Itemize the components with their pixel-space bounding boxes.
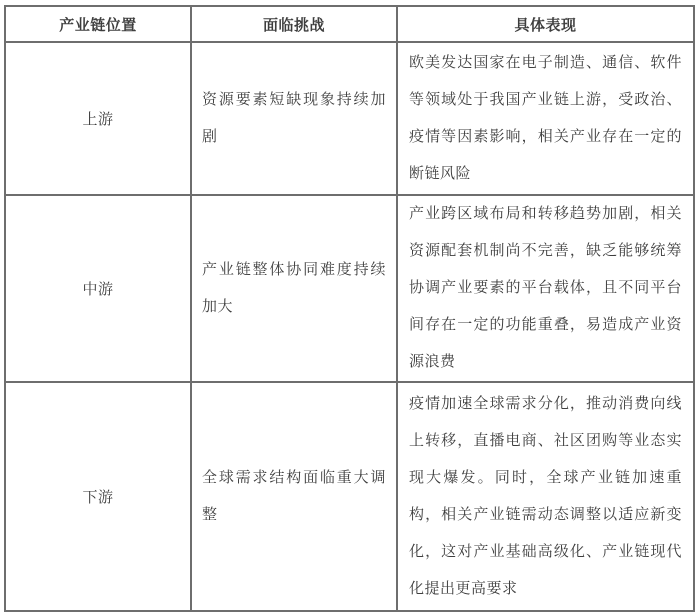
cell-upstream-challenge: 资源要素短缺现象持续加剧 [191, 42, 397, 195]
cell-upstream-detail: 欧美发达国家在电子制造、通信、软件等领域处于我国产业链上游，受政治、疫情等因素影… [397, 42, 694, 195]
cell-downstream-challenge: 全球需求结构面临重大调整 [191, 382, 397, 585]
header-cell-challenge: 面临挑战 [191, 6, 397, 42]
cell-midstream-position: 中游 [5, 195, 191, 382]
header-cell-position: 产业链位置 [5, 6, 191, 42]
cell-downstream-detail: 疫情加速全球需求分化，推动消费向线上转移，直播电商、社区团购等业态实现大爆发。同… [397, 382, 694, 585]
header-cell-detail: 具体表现 [397, 6, 694, 42]
cell-midstream-detail: 产业跨区域布局和转移趋势加剧，相关资源配套机制尚不完善，缺乏能够统筹协调产业要素… [397, 195, 694, 382]
cell-upstream-position: 上游 [5, 42, 191, 195]
table-row-upstream: 上游 资源要素短缺现象持续加剧 欧美发达国家在电子制造、通信、软件等领域处于我国… [5, 42, 694, 195]
industry-chain-challenges-table: 产业链位置 面临挑战 具体表现 上游 资源要素短缺现象持续加剧 欧美发达国家在电… [4, 5, 695, 585]
table-row-midstream: 中游 产业链整体协同难度持续加大 产业跨区域布局和转移趋势加剧，相关资源配套机制… [5, 195, 694, 382]
cell-downstream-position: 下游 [5, 382, 191, 585]
table-header-row: 产业链位置 面临挑战 具体表现 [5, 6, 694, 42]
table-row-downstream: 下游 全球需求结构面临重大调整 疫情加速全球需求分化，推动消费向线上转移，直播电… [5, 382, 694, 585]
cell-midstream-challenge: 产业链整体协同难度持续加大 [191, 195, 397, 382]
